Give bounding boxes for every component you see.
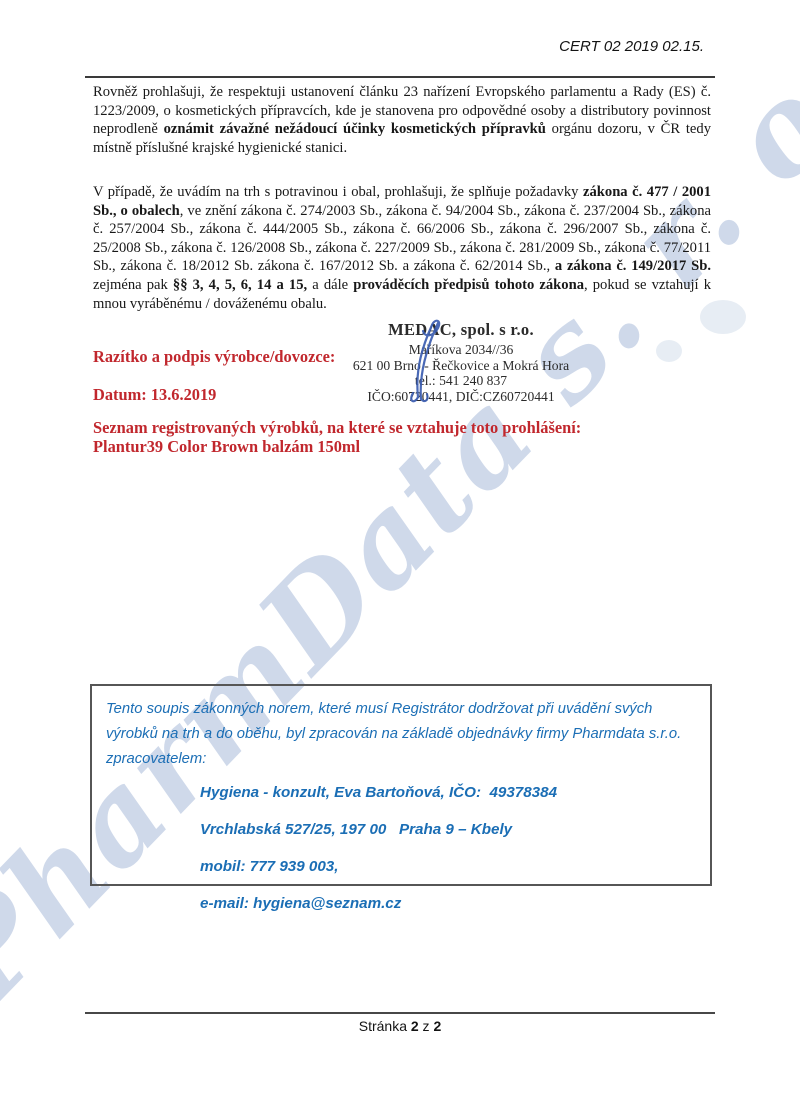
text-run: V případě, že uvádím na trh s potravinou… [93, 184, 583, 200]
text-run: zejména pak [93, 277, 173, 293]
bold-run-law-149: a zákona č. 149/2017 Sb. [555, 258, 711, 274]
registrar-notice-box: Tento soupis zákonných norem, které musí… [90, 684, 712, 886]
header-divider [85, 76, 715, 78]
label-stamp-signature: Razítko a podpis výrobce/dovozce: [93, 347, 335, 367]
text-run: a dále [307, 277, 353, 293]
stamp-ico-dic: IČO:60720441, DIČ:CZ60720441 [337, 389, 585, 405]
notice-contact-email: e-mail: hygiena@seznam.cz [200, 892, 694, 916]
stamp-company-name: MEDAC, spol. s r.o. [337, 320, 585, 340]
registered-product-item: Plantur39 Color Brown balzám 150ml [93, 437, 360, 457]
stamp-street: Maříkova 2034//36 [337, 342, 585, 358]
signature-scribble [386, 315, 448, 407]
label-date: Datum: 13.6.2019 [93, 385, 216, 405]
bold-run-adverse-effects: oznámit závažné nežádoucí účinky kosmeti… [164, 121, 546, 137]
page-number: Stránka 2 z 2 [0, 1018, 800, 1034]
notice-contact-mobile: mobil: 777 939 003, [200, 855, 694, 879]
notice-intro-text: Tento soupis zákonných norem, které musí… [106, 697, 694, 772]
stamp-phone: tel.: 541 240 837 [337, 373, 585, 389]
notice-contact-name: Hygiena - konzult, Eva Bartoňová, IČO: 4… [200, 781, 694, 805]
footer-text-run: z [419, 1018, 434, 1034]
company-stamp: MEDAC, spol. s r.o. Maříkova 2034//36 62… [337, 320, 585, 404]
bold-run-paragraphs: §§ 3, 4, 5, 6, 14 a 15, [173, 277, 307, 293]
bold-run-implementing-rules: prováděcích předpisů tohoto zákona [353, 277, 584, 293]
paragraph-cosmetics-regulation: Rovněž prohlašuji, že respektuji ustanov… [93, 83, 711, 157]
notice-contact-address: Vrchlabská 527/25, 197 00 Praha 9 – Kbel… [200, 818, 694, 842]
label-registered-products-heading: Seznam registrovaných výrobků, na které … [93, 418, 581, 438]
paragraph-packaging-law: V případě, že uvádím na trh s potravinou… [93, 183, 711, 313]
document-page: PharmData s. r. o. CERT 02 2019 02.15. R… [0, 0, 800, 1100]
watermark-blob [656, 340, 682, 362]
footer-divider [85, 1012, 715, 1014]
footer-text-run: Stránka [359, 1018, 411, 1034]
document-code: CERT 02 2019 02.15. [559, 38, 704, 55]
footer-page-total: 2 [433, 1018, 441, 1034]
stamp-city: 621 00 Brno - Řečkovice a Mokrá Hora [337, 358, 585, 374]
footer-page-current: 2 [411, 1018, 419, 1034]
